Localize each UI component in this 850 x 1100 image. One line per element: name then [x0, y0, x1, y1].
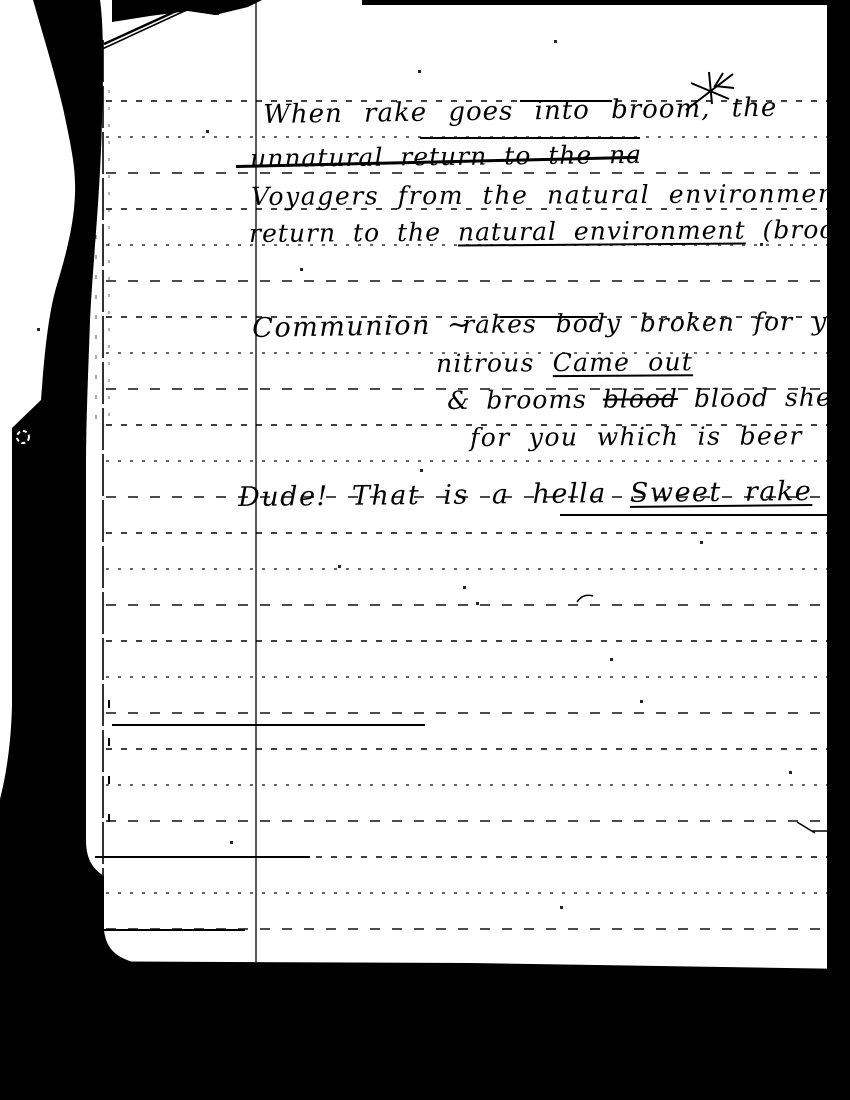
right-scan-edge	[827, 0, 850, 1100]
top-edge-artifact	[112, 0, 262, 22]
top-scan-edge	[362, 0, 828, 5]
star-doodle	[686, 72, 734, 110]
binding-shadow-blob	[0, 0, 136, 963]
top-edge-drip	[213, 0, 219, 15]
scan-artifacts	[0, 0, 850, 1100]
bottom-scan-edge	[0, 961, 850, 1100]
stray-mark	[577, 595, 593, 602]
scanned-notebook-page: When rake goes into broom, the unnatural…	[0, 0, 850, 1100]
